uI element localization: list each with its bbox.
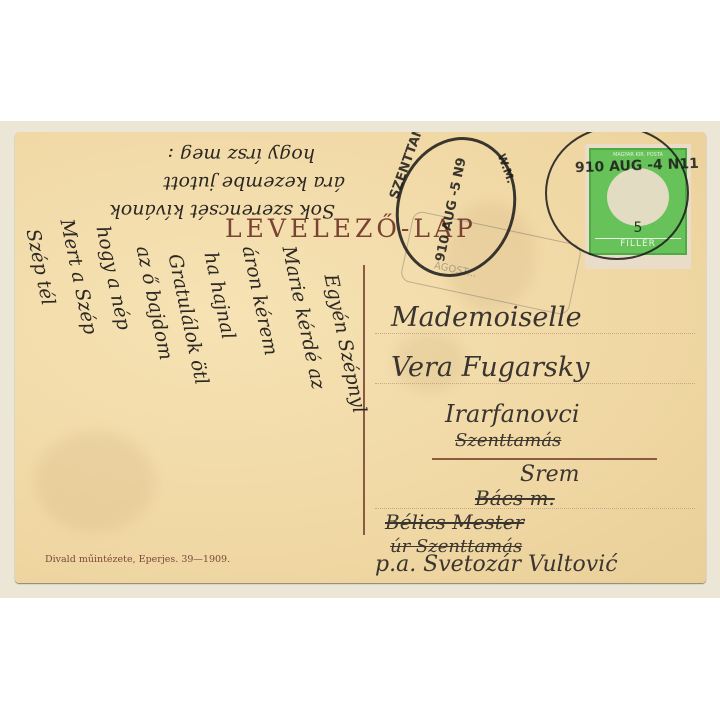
stain	[35, 432, 155, 532]
address-line: p.a. Svetozár Vultović	[375, 552, 618, 577]
address-guide-line	[375, 333, 695, 334]
postcard: LEVELEZŐ-LAP Divald műintézete, Eperjes.…	[15, 132, 706, 583]
address-line-struck: Bács m.	[475, 486, 555, 510]
publisher-imprint: Divald műintézete, Eperjes. 39—1909.	[45, 554, 230, 565]
message-vertical-line: Szép tél	[21, 227, 59, 307]
address-line: Irarfanovci	[445, 400, 580, 428]
stamp-cancel-postmark	[545, 132, 689, 260]
address-rule	[432, 458, 657, 460]
address-line-struck: Bélics Mester	[385, 510, 524, 534]
address-line-struck: Szenttamás	[455, 430, 561, 451]
address-line: Vera Fugarsky	[391, 352, 589, 383]
message-upside-down-line: ára kezembe jutott	[163, 172, 345, 194]
address-line: Mademoiselle	[391, 302, 582, 333]
message-vertical-line: Marie kérdé az	[277, 244, 329, 391]
message-upside-down-line: Sok szerencsét kívánok	[109, 200, 335, 222]
address-guide-line	[375, 383, 695, 384]
message-upside-down-line: hogy írsz meg :	[168, 144, 315, 166]
address-line: Srem	[520, 462, 579, 487]
message-vertical-line: ha hajnal	[199, 250, 239, 341]
message-vertical-line: áron kérem	[237, 244, 282, 357]
